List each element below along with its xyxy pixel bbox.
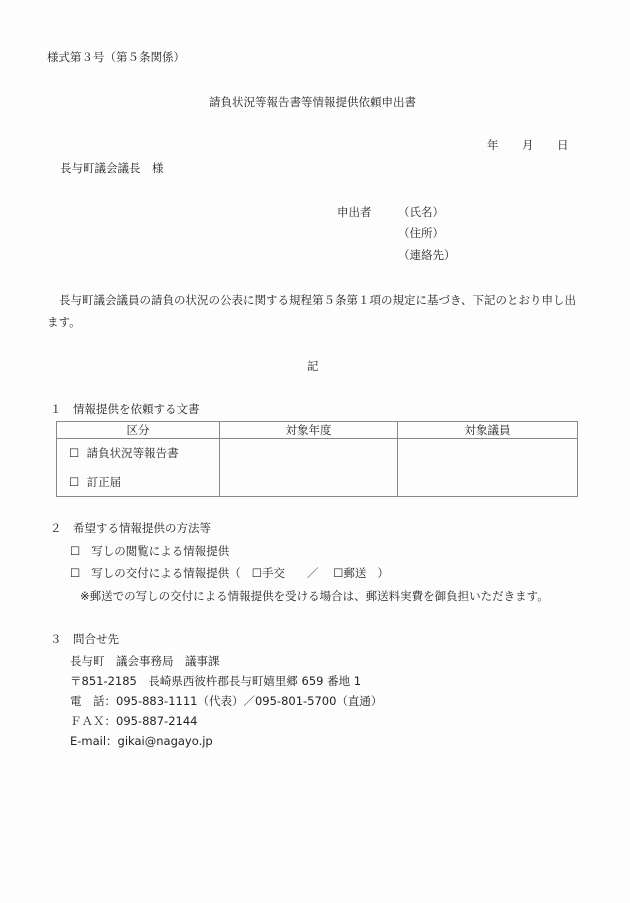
contact-email[interactable]: E-mail：gikai@nagayo.jp [70, 736, 213, 748]
target-year-cell[interactable] [220, 439, 398, 497]
option-delivery-close: ） [377, 566, 389, 580]
addressee: 長与町議会議長 様 [60, 163, 164, 175]
option-delivery-label: 写しの交付による情報提供（ [91, 566, 241, 580]
body-line-2: ます。 [47, 317, 81, 329]
category-cell: ☐ 請負状況等報告書 ☐ 訂正届 [57, 439, 220, 497]
item-report-label: 請負状況等報告書 [87, 446, 179, 460]
date-month: 月 [522, 140, 534, 152]
table-row: ☐ 請負状況等報告書 ☐ 訂正届 [57, 439, 578, 497]
checkbox-mail[interactable]: ☐郵送 [333, 566, 366, 580]
contact-org: 長与町 議会事務局 議事課 [70, 656, 220, 668]
body-line-1: 長与町議会議員の請負の状況の公表に関する規程第５条第１項の規定に基づき、下記のと… [59, 295, 576, 307]
option-delivery[interactable]: ☐ 写しの交付による情報提供（ ☐手交 ／ ☐郵送 ） [70, 568, 389, 580]
applicant-label: 申出者 [337, 207, 372, 219]
checkbox-delivery[interactable]: ☐ [70, 566, 80, 580]
target-member-cell[interactable] [398, 439, 578, 497]
checkbox-hand-delivery[interactable]: ☐手交 [252, 566, 285, 580]
item-correction-label: 訂正届 [87, 475, 122, 489]
checkbox-correction[interactable]: ☐ [69, 477, 79, 489]
checkbox-report[interactable]: ☐ [69, 448, 79, 460]
date-day: 日 [557, 140, 569, 152]
document-request-table: 区分 対象年度 対象議員 ☐ 請負状況等報告書 ☐ 訂正届 [56, 421, 578, 497]
option-viewing[interactable]: ☐ 写しの閲覧による情報提供 [70, 546, 229, 558]
item-report[interactable]: ☐ 請負状況等報告書 [69, 448, 179, 460]
contact-fax: ＦＡＸ：095-887-2144 [70, 716, 197, 728]
section2-heading: ２ 希望する情報提供の方法等 [50, 523, 211, 535]
document-title: 請負状況等報告書等情報提供依頼申出書 [209, 97, 416, 109]
postage-note: ※郵送での写しの交付による情報提供を受ける場合は、郵送料実費を御負担いただきます… [80, 591, 549, 603]
section1-heading: １ 情報提供を依頼する文書 [50, 404, 200, 416]
form-number: 様式第３号（第５条関係） [47, 52, 185, 64]
applicant-contact-field[interactable]: （連絡先） [398, 250, 456, 262]
section3-heading: ３ 問合せ先 [50, 634, 119, 646]
table-header-row: 区分 対象年度 対象議員 [57, 422, 578, 439]
date-year: 年 [487, 140, 499, 152]
header-target-year: 対象年度 [220, 422, 398, 439]
item-correction[interactable]: ☐ 訂正届 [69, 477, 121, 489]
applicant-name-field[interactable]: （氏名） [398, 207, 444, 219]
header-category: 区分 [57, 422, 220, 439]
contact-phone: 電 話：095-883-1111（代表）／095-801-5700（直通） [70, 696, 382, 708]
option-viewing-label: 写しの閲覧による情報提供 [91, 544, 229, 558]
applicant-address-field[interactable]: （住所） [398, 228, 444, 240]
header-target-member: 対象議員 [398, 422, 578, 439]
checkbox-viewing[interactable]: ☐ [70, 544, 80, 558]
separator: ／ [307, 566, 319, 580]
contact-address: 〒851-2185 長崎県西彼杵郡長与町嬉里郷 659 番地 1 [70, 676, 361, 688]
ki-heading: 記 [307, 361, 319, 373]
